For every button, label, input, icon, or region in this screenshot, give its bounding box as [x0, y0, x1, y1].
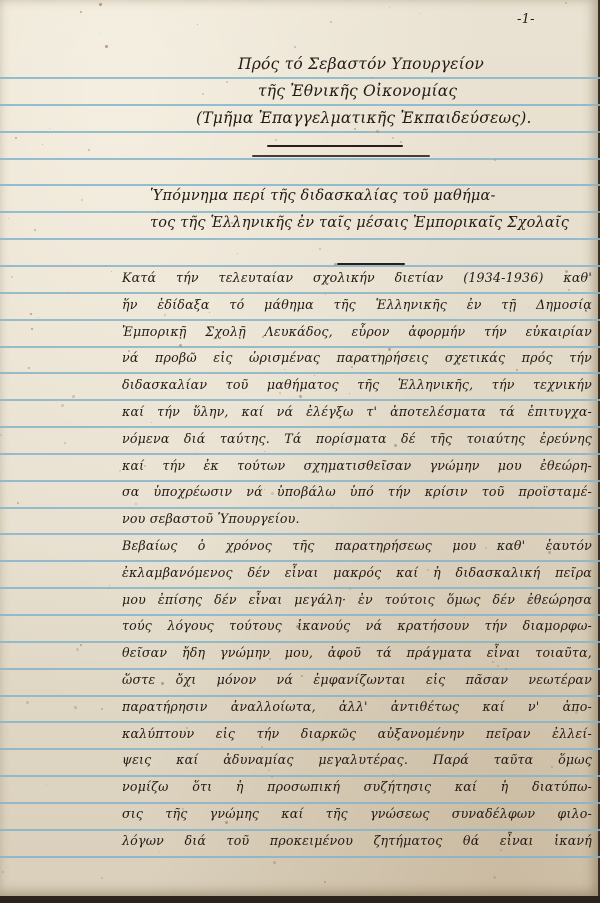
subject-underline — [337, 263, 405, 265]
paper-speck — [493, 876, 496, 879]
body-line: σα ὑποχρέωσιν νά ὑποβάλω ὑπό τήν κρίσιν … — [122, 484, 592, 499]
address-line: τῆς Ἐθνικῆς Οἰκονομίας — [258, 82, 457, 100]
ruled-line — [0, 587, 600, 589]
paper-speck — [8, 218, 9, 219]
paper-speck — [268, 769, 270, 771]
paper-speck — [478, 367, 479, 368]
ruled-line — [0, 131, 600, 133]
paper-speck — [2, 871, 4, 873]
handwritten-page: -1- Πρός τό Σεβαστόν Υπουργείον τῆς Ἐθνι… — [0, 0, 598, 896]
ruled-line — [0, 292, 600, 294]
paper-speck — [494, 159, 496, 161]
paper-speck — [15, 137, 17, 139]
body-line: Βεβαίως ὁ χρόνος τῆς παρατηρήσεως μου κα… — [122, 538, 592, 553]
paper-speck — [11, 276, 13, 278]
paper-speck — [500, 849, 502, 851]
section-divider — [252, 155, 430, 157]
paper-speck — [271, 776, 273, 778]
paper-speck — [275, 139, 277, 141]
paper-speck — [101, 877, 103, 879]
ruled-line — [0, 480, 600, 482]
ruled-line — [0, 775, 600, 777]
paper-speck — [49, 128, 50, 129]
paper-speck — [431, 285, 432, 286]
paper-speck — [151, 422, 152, 423]
paper-speck — [363, 342, 364, 343]
ruled-line — [0, 856, 600, 858]
paper-speck — [497, 665, 499, 667]
paper-speck — [279, 392, 281, 394]
body-line: μου ἐπίσης δέν εἶναι μεγάλη· ἐν τούτοις … — [122, 592, 592, 607]
paper-speck — [157, 211, 159, 213]
paper-speck — [111, 271, 112, 272]
paper-speck — [61, 404, 64, 407]
ruled-line — [0, 695, 600, 697]
paper-speck — [264, 451, 265, 452]
paper-speck — [31, 328, 33, 330]
paper-speck — [319, 248, 321, 250]
ruled-line — [0, 372, 600, 374]
ruled-line — [0, 507, 600, 509]
paper-speck — [38, 317, 39, 318]
paper-speck — [34, 229, 36, 231]
ruled-line — [0, 453, 600, 455]
paper-speck — [261, 746, 263, 748]
paper-speck — [349, 393, 350, 394]
paper-speck — [179, 344, 182, 347]
paper-speck — [325, 294, 326, 295]
paper-speck — [516, 369, 518, 371]
paper-speck — [67, 292, 68, 293]
paper-speck — [299, 395, 302, 398]
ruled-line — [0, 426, 600, 428]
paper-speck — [74, 706, 77, 709]
paper-speck — [532, 506, 533, 507]
paper-speck — [273, 861, 276, 864]
body-line: παρατήρησιν ἀναλλοίωτα, ἀλλ' ἀντιθέτως κ… — [122, 699, 592, 714]
ruled-line — [0, 399, 600, 401]
paper-speck — [376, 130, 379, 133]
paper-speck — [292, 499, 293, 500]
paper-speck — [101, 708, 103, 710]
paper-speck — [72, 395, 75, 398]
paper-speck — [205, 561, 206, 562]
page-number: -1- — [517, 12, 535, 27]
ruled-line — [0, 533, 600, 535]
paper-speck — [175, 889, 176, 890]
paper-speck — [393, 774, 394, 775]
subject-line: Ὑπόμνημα περί τῆς διδασκαλίας τοῦ μαθήμα… — [150, 188, 496, 204]
body-line: νά προβῶ εἰς ὡρισμένας παρατηρήσεις σχετ… — [122, 350, 592, 365]
paper-speck — [100, 33, 101, 34]
paper-speck — [99, 3, 102, 6]
ruled-line — [0, 319, 600, 321]
paper-speck — [331, 505, 332, 506]
paper-speck — [392, 137, 394, 139]
paper-speck — [164, 314, 166, 316]
paper-speck — [42, 144, 43, 145]
paper-speck — [237, 253, 238, 254]
ruled-line — [0, 641, 600, 643]
body-line: τούς λόγους τούτους ἱκανούς νά κρατήσουν… — [122, 618, 592, 633]
ruled-line — [0, 829, 600, 831]
paper-speck — [0, 434, 2, 436]
body-line: λόγων διά τοῦ προκειμένου ζητήματος θά ε… — [122, 833, 592, 848]
ruled-line — [0, 560, 600, 562]
paper-speck — [64, 442, 66, 444]
body-line: Ἐμπορικῇ Σχολῇ Λευκάδος, εὗρον ἀφορμήν τ… — [122, 324, 592, 339]
paper-speck — [419, 13, 420, 14]
body-line: σις τῆς γνώμης καί τῆς γνώσεως συναδέλφω… — [122, 806, 592, 821]
scan-border — [0, 896, 600, 903]
paper-speck — [80, 644, 82, 646]
body-line: νομίζω ὅτι ἡ προσωπική συζήτησις καί ἡ δ… — [122, 779, 592, 794]
paper-speck — [109, 585, 110, 586]
paper-speck — [284, 369, 285, 370]
paper-speck — [314, 375, 315, 376]
paper-speck — [159, 851, 160, 852]
body-line: καί τήν ἐκ τούτων σχηματισθεῖσαν γνώμην … — [122, 458, 592, 473]
paper-speck — [505, 668, 507, 670]
body-line: καλύπτουν εἰς τήν διαρκῶς αὐξανομένην πε… — [122, 726, 592, 741]
ruled-line — [0, 346, 600, 348]
paper-speck — [81, 199, 83, 201]
body-line: θεῖσαν ἤδη γνώμην μου, ἀφοῦ τά πράγματα … — [122, 645, 592, 660]
ruled-line — [0, 184, 600, 186]
ruled-line — [0, 668, 600, 670]
ruled-line — [0, 614, 600, 616]
address-line: Πρός τό Σεβαστόν Υπουργείον — [238, 55, 484, 73]
paper-speck — [576, 795, 577, 796]
body-line: ψεις καί ἀδυναμίας μεγαλυτέρας. Παρά ταῦ… — [122, 752, 592, 767]
paper-speck — [565, 2, 567, 4]
paper-speck — [209, 312, 210, 313]
paper-speck — [294, 46, 296, 48]
subject-line: τος τῆς Ἑλληνικῆς ἐν ταῖς μέσαις Ἐμπορικ… — [150, 215, 569, 231]
paper-speck — [119, 470, 121, 472]
body-line: νόμενα διά ταύτης. Τά πορίσματα δέ τῆς τ… — [122, 431, 592, 446]
body-line: ἥν ἐδίδαξα τό μάθημα τῆς Ἑλληνικῆς ἐν τῇ… — [122, 297, 592, 312]
body-line: Κατά τήν τελευταίαν σχολικήν διετίαν (19… — [122, 270, 592, 285]
paper-speck — [46, 784, 47, 785]
paper-speck — [80, 11, 82, 13]
paper-speck — [105, 45, 108, 48]
paper-speck — [17, 502, 19, 504]
ruled-line — [0, 211, 600, 213]
ruled-line — [0, 721, 600, 723]
paper-speck — [226, 81, 228, 83]
paper-speck — [30, 313, 32, 315]
ruled-line — [0, 748, 600, 750]
paper-speck — [351, 366, 353, 368]
body-line: καί τήν ὕλην, καί νά ἐλέγξω τ' ἀποτελέσμ… — [122, 404, 592, 419]
ruled-line — [0, 77, 600, 79]
paper-speck — [330, 21, 332, 23]
address-line: (Τμῆμα Ἐπαγγελματικῆς Ἐκπαιδεύσεως). — [196, 109, 532, 127]
body-line: ἐκλαμβανόμενος δέν εἶναι μακρός καί ἡ δι… — [122, 565, 592, 580]
paper-speck — [202, 93, 204, 95]
body-line: ὥστε ὄχι μόνον νά ἐμφανίζωνται εἰς πᾶσαν… — [122, 672, 592, 687]
body-line: διδασκαλίαν τοῦ μαθήματος τῆς Ἑλληνικῆς,… — [122, 377, 592, 392]
paper-speck — [26, 701, 29, 704]
paper-speck — [371, 77, 373, 79]
body-line: νου σεβαστοῦ Ὑπουργείου. — [122, 511, 592, 526]
paper-speck — [28, 367, 30, 369]
ruled-line — [0, 238, 600, 240]
paper-speck — [324, 881, 326, 883]
address-underline — [267, 145, 403, 147]
ruled-line — [0, 265, 600, 267]
ruled-line — [0, 158, 600, 160]
paper-speck — [76, 648, 79, 651]
paper-speck — [88, 149, 90, 151]
ruled-line — [0, 104, 600, 106]
paper-speck — [400, 141, 402, 143]
ruled-line — [0, 802, 600, 804]
paper-speck — [389, 7, 390, 8]
paper-speck — [354, 128, 356, 130]
paper-speck — [568, 289, 570, 291]
paper-speck — [492, 661, 494, 663]
paper-speck — [135, 503, 137, 505]
paper-speck — [195, 454, 196, 455]
paper-speck — [225, 821, 228, 824]
paper-speck — [349, 588, 351, 590]
paper-speck — [197, 24, 198, 25]
